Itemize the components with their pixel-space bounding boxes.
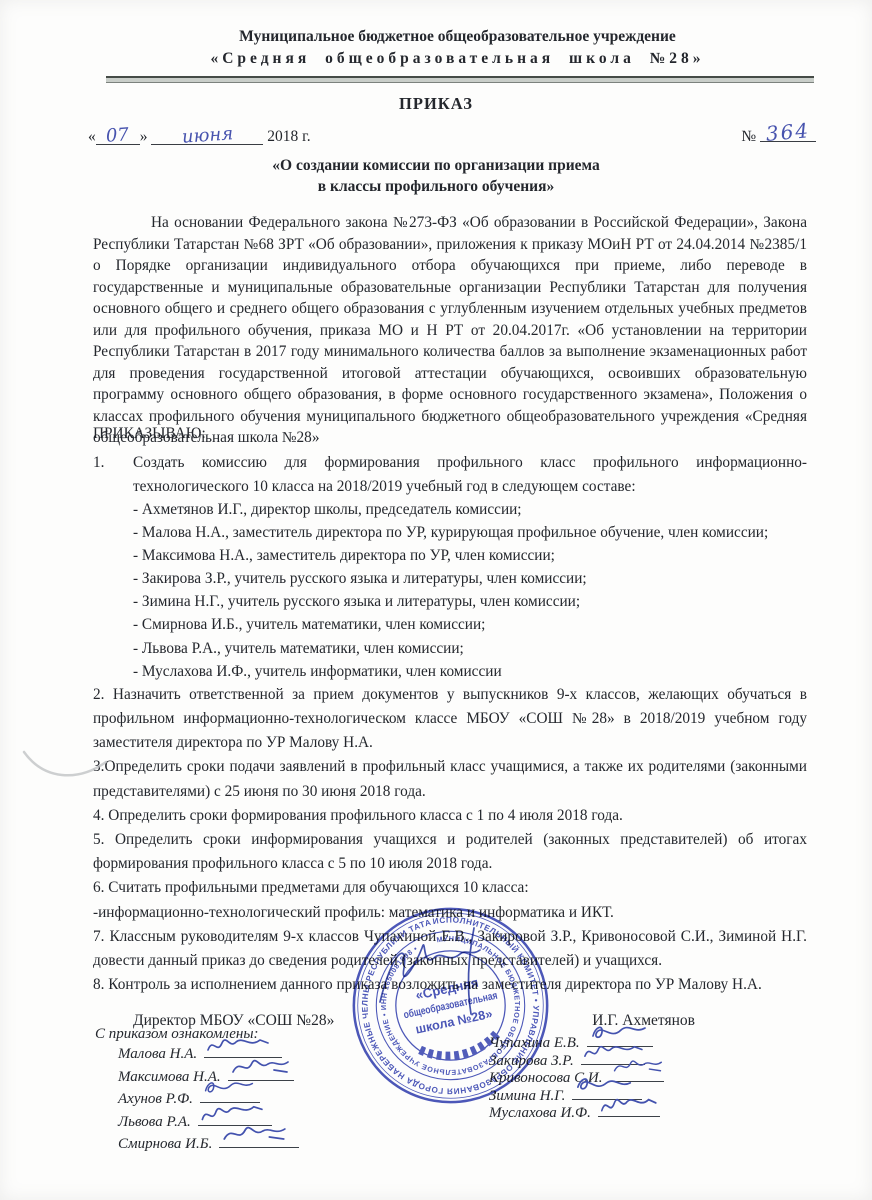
order-item-4: 4. Определить сроки формирования профиль… bbox=[93, 804, 807, 828]
member-line: - Закирова З.Р., учитель русского языка … bbox=[133, 567, 807, 590]
day-blank: 07 bbox=[96, 127, 140, 145]
quote-close: » bbox=[140, 128, 148, 145]
organization-name-line1: Муниципальное бюджетное общеобразователь… bbox=[95, 28, 820, 46]
organization-header: Муниципальное бюджетное общеобразователь… bbox=[95, 28, 820, 68]
document-page: Муниципальное бюджетное общеобразователь… bbox=[0, 0, 872, 1200]
pen-stray-mark bbox=[18, 742, 113, 787]
subject-line1: «О создании комиссии по организации прие… bbox=[0, 155, 872, 176]
member-line: - Муслахова И.Ф., учитель информатики, ч… bbox=[133, 660, 807, 683]
ack-name: Смирнова И.Б. bbox=[118, 1136, 212, 1152]
ack-name: Львова Р.А. bbox=[118, 1114, 191, 1130]
handwritten-number: 364 bbox=[765, 120, 811, 144]
item-text: Создать комиссию для формирования профил… bbox=[133, 454, 807, 495]
acknowledgment-left-column: Малова Н.А. Максимова Н.А. Ахунов Р.Ф. Л… bbox=[118, 1044, 299, 1157]
member-line: - Зимина Н.Г., учитель русского языка и … bbox=[133, 590, 807, 613]
number-label: № bbox=[741, 128, 756, 145]
order-heading: ПРИКАЗ bbox=[0, 94, 872, 114]
order-item-6: 6. Считать профильными предметами для об… bbox=[93, 876, 807, 900]
handwritten-day: 07 bbox=[106, 126, 130, 146]
member-line: - Ахметянов И.Г., директор школы, предсе… bbox=[133, 498, 807, 521]
item-number: 1. bbox=[93, 451, 133, 475]
member-line: - Максимова Н.А., заместитель директора … bbox=[133, 544, 807, 567]
handwritten-month: июня bbox=[181, 125, 233, 147]
signature-line bbox=[598, 1103, 660, 1117]
month-blank: июня bbox=[151, 127, 263, 145]
order-item-3: 3.Определить сроки подачи заявлений в пр… bbox=[93, 755, 807, 803]
member-line: - Малова Н.А., заместитель директора по … bbox=[133, 521, 807, 544]
signature-line bbox=[219, 1134, 299, 1148]
preamble-paragraph: На основании Федерального закона №273-ФЗ… bbox=[93, 212, 807, 449]
ack-row: Смирнова И.Б. bbox=[118, 1134, 299, 1157]
commission-members-list: - Ахметянов И.Г., директор школы, предсе… bbox=[93, 498, 807, 683]
year-label: 2018 г. bbox=[267, 128, 310, 145]
order-subject: «О создании комиссии по организации прие… bbox=[0, 155, 872, 197]
number-field: № 364 bbox=[741, 124, 816, 146]
order-item-1: 1.Создать комиссию для формирования проф… bbox=[93, 451, 807, 498]
order-item-2: 2. Назначить ответственной за прием доку… bbox=[93, 683, 807, 756]
director-handwritten-signature bbox=[362, 922, 512, 1027]
header-divider bbox=[106, 76, 814, 83]
member-line: - Львова Р.А., учитель математики, член … bbox=[133, 637, 807, 660]
order-item-5: 5. Определить сроки информирования учащи… bbox=[93, 828, 807, 876]
date-number-row: «07» июня 2018 г. № 364 bbox=[88, 124, 816, 146]
organization-name-line2: «Средняя общеобразовательная школа №28» bbox=[95, 50, 820, 68]
resolve-label: ПРИКАЗЫВАЮ: bbox=[93, 425, 807, 443]
date-field: «07» июня 2018 г. bbox=[88, 127, 311, 146]
ack-name: Малова Н.А. bbox=[118, 1046, 197, 1062]
number-blank: 364 bbox=[760, 124, 816, 142]
quote-open: « bbox=[88, 128, 96, 145]
member-line: - Смирнова И.Б., учитель математики, чле… bbox=[133, 613, 807, 636]
subject-line2: в классы профильного обучения» bbox=[0, 176, 872, 197]
ack-name: Ахунов Р.Ф. bbox=[118, 1091, 193, 1107]
